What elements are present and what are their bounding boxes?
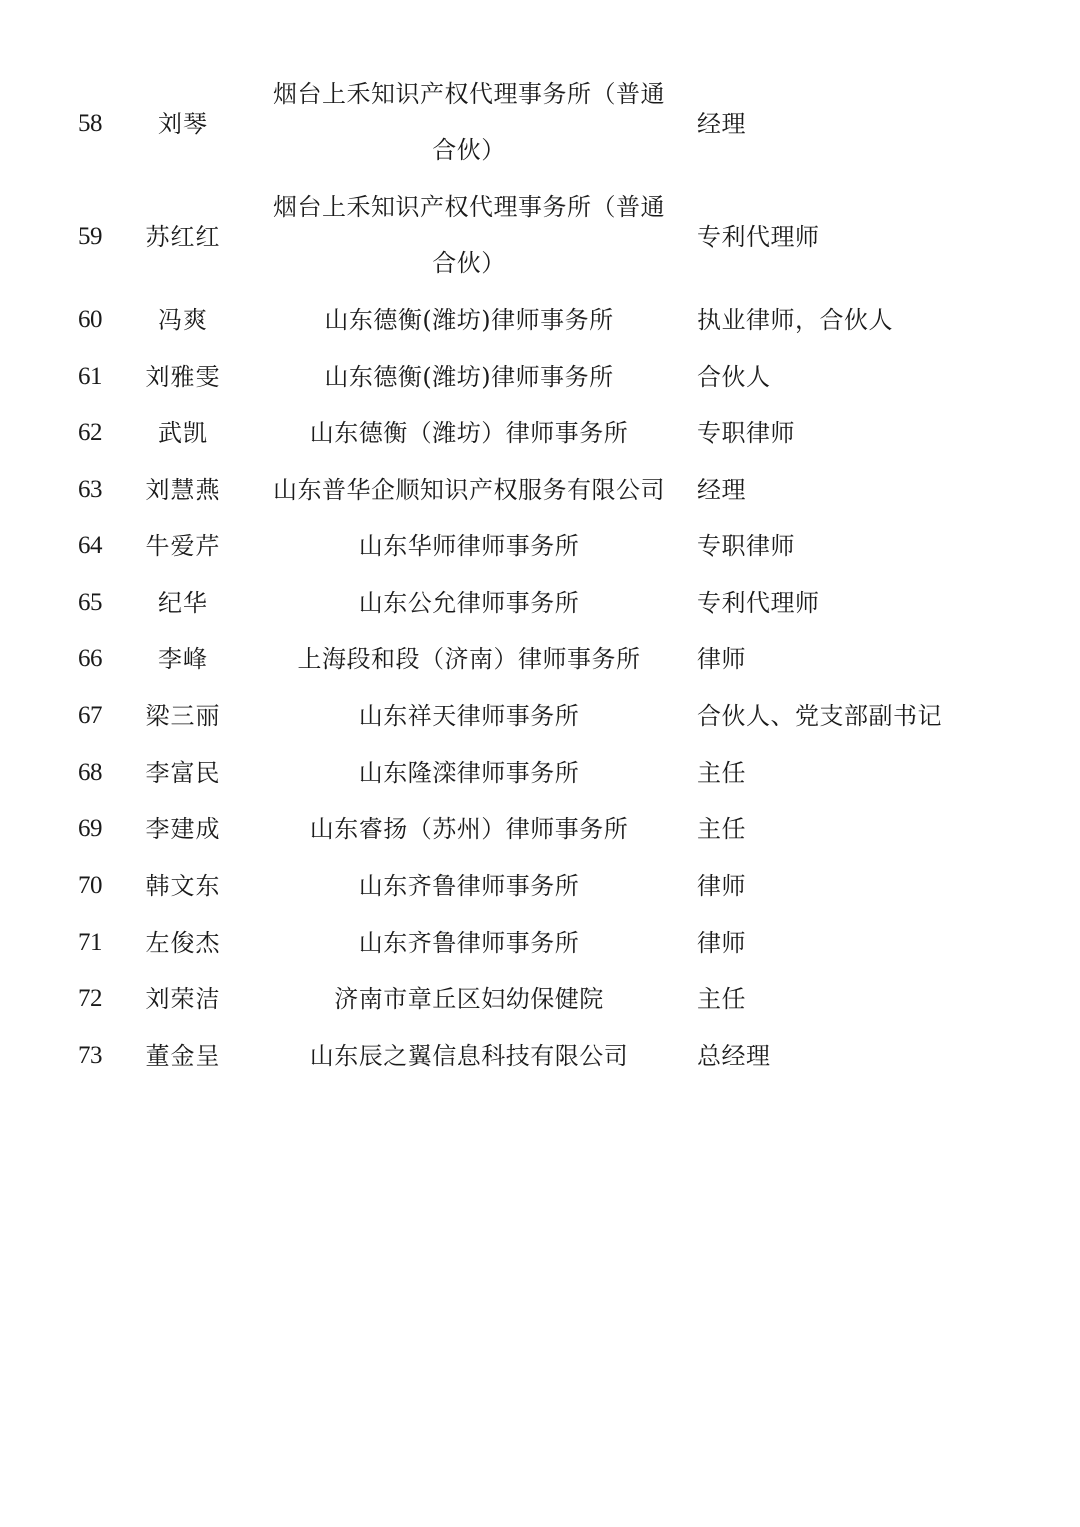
organization: 山东普华企顺知识产权服务有限公司 [256, 476, 682, 504]
organization: 山东德衡(潍坊)律师事务所 [256, 363, 682, 391]
person-name: 武凯 [130, 419, 236, 447]
job-title: 执业律师，合伙人 [697, 306, 893, 334]
organization: 山东齐鲁律师事务所 [256, 929, 682, 957]
person-name: 李峰 [130, 645, 236, 673]
person-name: 左俊杰 [130, 929, 236, 957]
row-number: 70 [78, 872, 118, 900]
job-title: 主任 [697, 815, 746, 843]
organization: 山东辰之翼信息科技有限公司 [256, 1042, 682, 1070]
organization-line2: 合伙） [256, 136, 682, 164]
row-number: 73 [78, 1042, 118, 1070]
job-title: 总经理 [697, 1042, 771, 1070]
organization: 山东德衡(潍坊)律师事务所 [256, 306, 682, 334]
job-title: 合伙人 [697, 363, 771, 391]
organization: 山东睿扬（苏州）律师事务所 [256, 815, 682, 843]
organization-line1: 烟台上禾知识产权代理事务所（普通 [256, 80, 682, 108]
row-number: 69 [78, 815, 118, 843]
person-name: 李建成 [130, 815, 236, 843]
organization: 山东德衡（潍坊）律师事务所 [256, 419, 682, 447]
job-title: 主任 [697, 759, 746, 787]
table-row: 59 苏红红 烟台上禾知识产权代理事务所（普通 合伙） 专利代理师 [0, 193, 1080, 283]
row-number: 67 [78, 702, 118, 730]
row-number: 68 [78, 759, 118, 787]
organization: 上海段和段（济南）律师事务所 [256, 645, 682, 673]
job-title: 律师 [697, 929, 746, 957]
job-title: 合伙人、党支部副书记 [697, 702, 942, 730]
person-name: 董金呈 [130, 1042, 236, 1070]
person-name: 刘雅雯 [130, 363, 236, 391]
job-title: 经理 [697, 476, 746, 504]
row-number: 66 [78, 645, 118, 673]
person-name: 纪华 [130, 589, 236, 617]
row-number: 63 [78, 476, 118, 504]
row-number: 58 [78, 110, 118, 138]
job-title: 经理 [697, 110, 746, 138]
person-name: 苏红红 [130, 223, 236, 251]
row-number: 71 [78, 929, 118, 957]
job-title: 主任 [697, 985, 746, 1013]
organization: 山东祥天律师事务所 [256, 702, 682, 730]
organization: 济南市章丘区妇幼保健院 [256, 985, 682, 1013]
row-number: 61 [78, 363, 118, 391]
job-title: 律师 [697, 872, 746, 900]
organization: 山东公允律师事务所 [256, 589, 682, 617]
person-name: 韩文东 [130, 872, 236, 900]
organization: 山东齐鲁律师事务所 [256, 872, 682, 900]
organization-line1: 烟台上禾知识产权代理事务所（普通 [256, 193, 682, 221]
person-name: 牛爱芹 [130, 532, 236, 560]
person-name: 刘琴 [130, 110, 236, 138]
row-number: 65 [78, 589, 118, 617]
job-title: 专职律师 [697, 419, 795, 447]
organization: 山东华师律师事务所 [256, 532, 682, 560]
job-title: 专职律师 [697, 532, 795, 560]
person-name: 冯爽 [130, 306, 236, 334]
row-number: 62 [78, 419, 118, 447]
organization-line2: 合伙） [256, 249, 682, 277]
person-name: 刘荣洁 [130, 985, 236, 1013]
row-number: 64 [78, 532, 118, 560]
job-title: 律师 [697, 645, 746, 673]
table-row: 58 刘琴 烟台上禾知识产权代理事务所（普通 合伙） 经理 [0, 80, 1080, 170]
row-number: 72 [78, 985, 118, 1013]
job-title: 专利代理师 [697, 589, 820, 617]
person-name: 李富民 [130, 759, 236, 787]
organization: 山东隆滦律师事务所 [256, 759, 682, 787]
row-number: 59 [78, 223, 118, 251]
person-name: 梁三丽 [130, 702, 236, 730]
row-number: 60 [78, 306, 118, 334]
job-title: 专利代理师 [697, 223, 820, 251]
person-name: 刘慧燕 [130, 476, 236, 504]
